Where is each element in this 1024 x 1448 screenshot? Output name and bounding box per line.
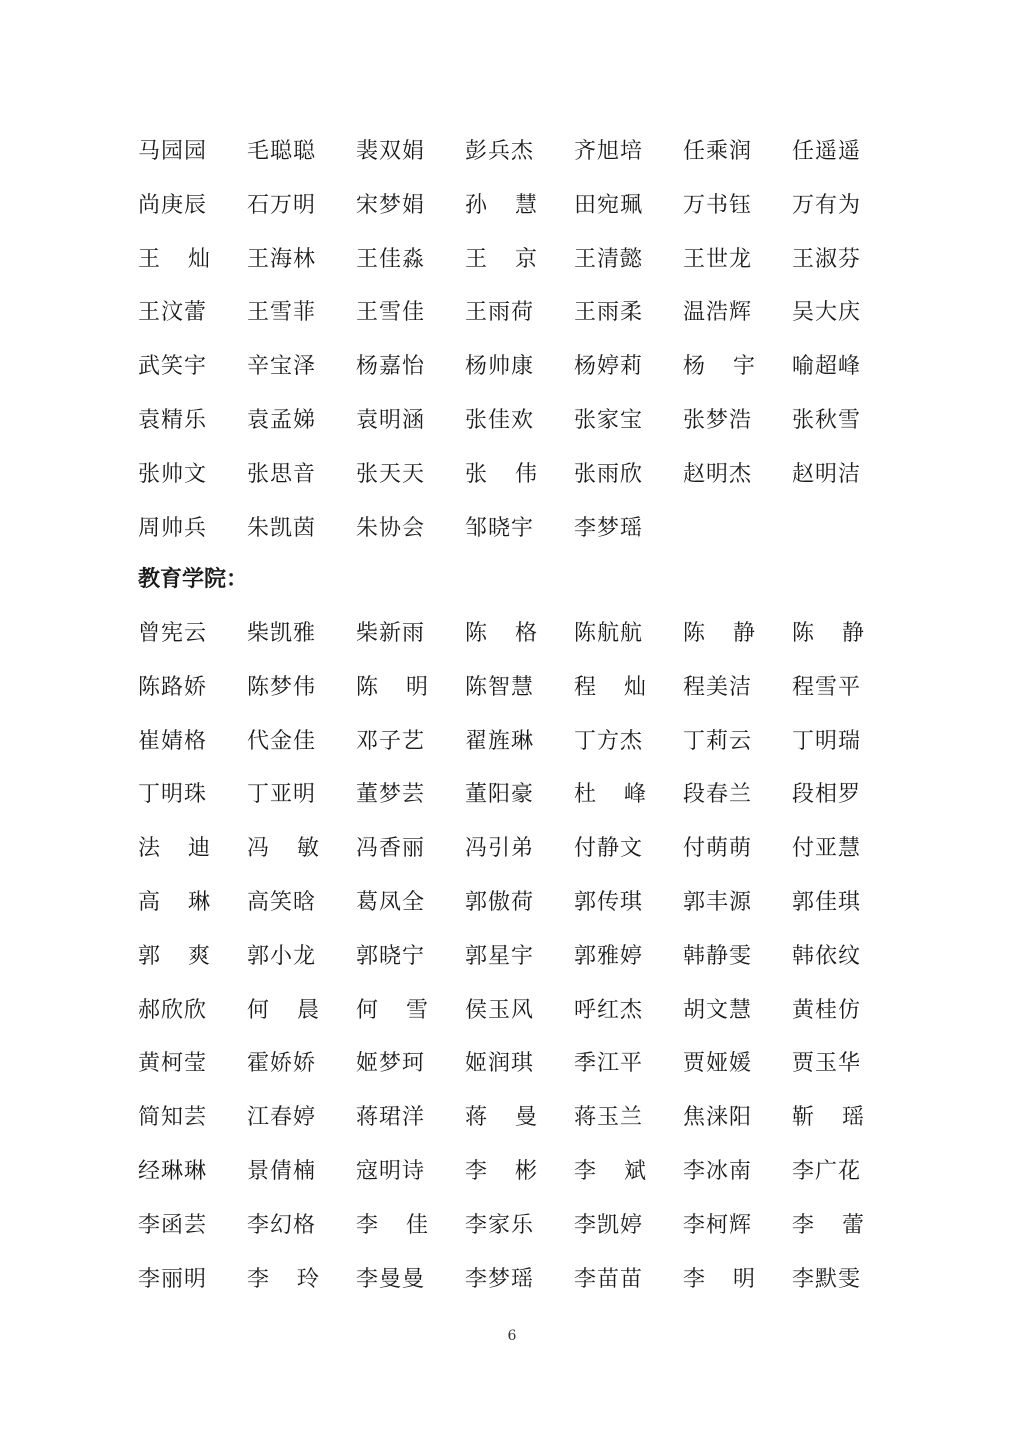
person-name: 黄柯莹 — [138, 1049, 210, 1079]
person-name: 程美洁 — [683, 673, 755, 703]
person-name: 张天天 — [356, 460, 428, 490]
person-name: 王京 — [465, 245, 537, 275]
person-name: 蒋玉兰 — [574, 1103, 646, 1133]
person-name: 万有为 — [792, 191, 864, 221]
person-name: 孙慧 — [465, 191, 537, 221]
person-name: 王汶蕾 — [138, 298, 210, 328]
person-name: 杨嘉怡 — [356, 352, 428, 382]
person-name: 付静文 — [574, 834, 646, 864]
person-name: 万书钰 — [683, 191, 755, 221]
person-name: 毛聪聪 — [247, 137, 319, 167]
person-name: 宋梦娟 — [356, 191, 428, 221]
name-row: 王灿王海林王佳淼王京王清懿王世龙王淑芬 — [138, 245, 898, 299]
person-name: 郭丰源 — [683, 888, 755, 918]
person-name: 郭雅婷 — [574, 942, 646, 972]
person-name: 段相罗 — [792, 780, 864, 810]
person-name: 王海林 — [247, 245, 319, 275]
person-name: 冯敏 — [247, 834, 319, 864]
person-name: 李彬 — [465, 1157, 537, 1187]
name-row: 简知芸江春婷蒋珺洋蒋曼蒋玉兰焦涞阳靳瑶 — [138, 1103, 898, 1157]
name-row: 法迪冯敏冯香丽冯引弟付静文付萌萌付亚慧 — [138, 834, 898, 888]
person-name: 葛凤全 — [356, 888, 428, 918]
person-name: 代金佳 — [247, 727, 319, 757]
person-name: 韩静雯 — [683, 942, 755, 972]
person-name: 法迪 — [138, 834, 210, 864]
person-name: 陈梦伟 — [247, 673, 319, 703]
name-row: 李丽明李玲李曼曼李梦瑶李苗苗李明李默雯 — [138, 1265, 898, 1319]
person-name: 丁方杰 — [574, 727, 646, 757]
name-list-section-2: 曾宪云柴凯雅柴新雨陈格陈航航陈静陈静陈路娇陈梦伟陈明陈智慧程灿程美洁程雪平崔婧格… — [138, 619, 898, 1318]
person-name: 李曼曼 — [356, 1265, 428, 1295]
person-name: 郭传琪 — [574, 888, 646, 918]
person-name: 胡文慧 — [683, 996, 755, 1026]
person-name: 韩依纹 — [792, 942, 864, 972]
name-row: 曾宪云柴凯雅柴新雨陈格陈航航陈静陈静 — [138, 619, 898, 673]
person-name: 张雨欣 — [574, 460, 646, 490]
person-name: 柴凯雅 — [247, 619, 319, 649]
person-name: 李家乐 — [465, 1211, 537, 1241]
person-name: 王清懿 — [574, 245, 646, 275]
person-name: 朱凯茵 — [247, 514, 319, 544]
person-name: 喻超峰 — [792, 352, 864, 382]
person-name: 高琳 — [138, 888, 210, 918]
name-row: 经琳琳景倩楠寇明诗李彬李斌李冰南李广花 — [138, 1157, 898, 1211]
person-name: 李丽明 — [138, 1265, 210, 1295]
person-name: 焦涞阳 — [683, 1103, 755, 1133]
name-row: 王汶蕾王雪菲王雪佳王雨荷王雨柔温浩辉吴大庆 — [138, 298, 898, 352]
person-name: 郭星宇 — [465, 942, 537, 972]
person-name: 李冰南 — [683, 1157, 755, 1187]
person-name: 李蕾 — [792, 1211, 864, 1241]
person-name: 邓子艺 — [356, 727, 428, 757]
person-name: 周帅兵 — [138, 514, 210, 544]
name-row: 周帅兵朱凯茵朱协会邹晓宇李梦瑶 — [138, 514, 898, 568]
person-name: 经琳琳 — [138, 1157, 210, 1187]
person-name: 陈智慧 — [465, 673, 537, 703]
person-name: 李默雯 — [792, 1265, 864, 1295]
person-name: 丁明瑞 — [792, 727, 864, 757]
person-name: 简知芸 — [138, 1103, 210, 1133]
person-name: 程灿 — [574, 673, 646, 703]
person-name: 王淑芬 — [792, 245, 864, 275]
person-name: 贾玉华 — [792, 1049, 864, 1079]
person-name: 王灿 — [138, 245, 210, 275]
person-name: 翟旌琳 — [465, 727, 537, 757]
name-row: 张帅文张思音张天天张伟张雨欣赵明杰赵明洁 — [138, 460, 898, 514]
person-name: 李柯辉 — [683, 1211, 755, 1241]
person-name: 温浩辉 — [683, 298, 755, 328]
person-name: 邹晓宇 — [465, 514, 537, 544]
section-heading-education-college: 教育学院： — [138, 565, 248, 595]
person-name: 霍娇娇 — [247, 1049, 319, 1079]
person-name: 王佳淼 — [356, 245, 428, 275]
person-name: 寇明诗 — [356, 1157, 428, 1187]
person-name: 张梦浩 — [683, 406, 755, 436]
person-name: 杜峰 — [574, 780, 646, 810]
name-row: 武笑宇辛宝泽杨嘉怡杨帅康杨婷莉杨宇喻超峰 — [138, 352, 898, 406]
name-list-section-1: 马园园毛聪聪裴双娟彭兵杰齐旭培任乘润任遥遥尚庚辰石万明宋梦娟孙慧田宛珮万书钰万有… — [138, 137, 898, 567]
page-number: 6 — [0, 1328, 1024, 1344]
person-name: 李斌 — [574, 1157, 646, 1187]
person-name: 任遥遥 — [792, 137, 864, 167]
person-name: 蒋曼 — [465, 1103, 537, 1133]
person-name: 景倩楠 — [247, 1157, 319, 1187]
name-row: 袁精乐袁孟娣袁明涵张佳欢张家宝张梦浩张秋雪 — [138, 406, 898, 460]
person-name: 袁孟娣 — [247, 406, 319, 436]
name-row: 崔婧格代金佳邓子艺翟旌琳丁方杰丁莉云丁明瑞 — [138, 727, 898, 781]
person-name: 何雪 — [356, 996, 428, 1026]
person-name: 贾娅媛 — [683, 1049, 755, 1079]
person-name: 冯引弟 — [465, 834, 537, 864]
person-name: 吴大庆 — [792, 298, 864, 328]
person-name: 齐旭培 — [574, 137, 646, 167]
person-name: 李明 — [683, 1265, 755, 1295]
person-name: 丁莉云 — [683, 727, 755, 757]
name-row: 高琳高笑晗葛凤全郭傲荷郭传琪郭丰源郭佳琪 — [138, 888, 898, 942]
person-name: 付萌萌 — [683, 834, 755, 864]
name-row: 郭爽郭小龙郭晓宁郭星宇郭雅婷韩静雯韩依纹 — [138, 942, 898, 996]
person-name: 丁明珠 — [138, 780, 210, 810]
person-name: 李广花 — [792, 1157, 864, 1187]
person-name: 张佳欢 — [465, 406, 537, 436]
person-name: 李苗苗 — [574, 1265, 646, 1295]
person-name: 王雪佳 — [356, 298, 428, 328]
person-name: 付亚慧 — [792, 834, 864, 864]
person-name: 崔婧格 — [138, 727, 210, 757]
document-page: 马园园毛聪聪裴双娟彭兵杰齐旭培任乘润任遥遥尚庚辰石万明宋梦娟孙慧田宛珮万书钰万有… — [0, 0, 1024, 1448]
person-name: 高笑晗 — [247, 888, 319, 918]
person-name: 李佳 — [356, 1211, 428, 1241]
person-name: 江春婷 — [247, 1103, 319, 1133]
person-name: 陈明 — [356, 673, 428, 703]
person-name: 程雪平 — [792, 673, 864, 703]
person-name: 王雨柔 — [574, 298, 646, 328]
person-name: 丁亚明 — [247, 780, 319, 810]
person-name: 郭小龙 — [247, 942, 319, 972]
person-name: 尚庚辰 — [138, 191, 210, 221]
person-name: 靳瑶 — [792, 1103, 864, 1133]
name-row: 陈路娇陈梦伟陈明陈智慧程灿程美洁程雪平 — [138, 673, 898, 727]
person-name: 季江平 — [574, 1049, 646, 1079]
person-name: 李函芸 — [138, 1211, 210, 1241]
person-name: 袁精乐 — [138, 406, 210, 436]
person-name: 郝欣欣 — [138, 996, 210, 1026]
person-name: 彭兵杰 — [465, 137, 537, 167]
person-name: 侯玉风 — [465, 996, 537, 1026]
person-name: 张伟 — [465, 460, 537, 490]
person-name: 何晨 — [247, 996, 319, 1026]
person-name: 陈航航 — [574, 619, 646, 649]
person-name: 袁明涵 — [356, 406, 428, 436]
person-name: 李幻格 — [247, 1211, 319, 1241]
person-name: 张帅文 — [138, 460, 210, 490]
person-name: 曾宪云 — [138, 619, 210, 649]
person-name: 姬润琪 — [465, 1049, 537, 1079]
person-name: 杨宇 — [683, 352, 755, 382]
person-name: 郭佳琪 — [792, 888, 864, 918]
person-name: 郭爽 — [138, 942, 210, 972]
person-name: 李玲 — [247, 1265, 319, 1295]
person-name: 董梦芸 — [356, 780, 428, 810]
person-name: 任乘润 — [683, 137, 755, 167]
person-name: 陈格 — [465, 619, 537, 649]
person-name: 杨婷莉 — [574, 352, 646, 382]
person-name: 董阳豪 — [465, 780, 537, 810]
person-name: 冯香丽 — [356, 834, 428, 864]
person-name: 田宛珮 — [574, 191, 646, 221]
person-name: 张家宝 — [574, 406, 646, 436]
person-name: 辛宝泽 — [247, 352, 319, 382]
person-name: 王雪菲 — [247, 298, 319, 328]
person-name: 王世龙 — [683, 245, 755, 275]
person-name: 朱协会 — [356, 514, 428, 544]
person-name: 李梦瑶 — [574, 514, 646, 544]
name-row: 郝欣欣何晨何雪侯玉风呼红杰胡文慧黄桂仿 — [138, 996, 898, 1050]
person-name: 郭晓宁 — [356, 942, 428, 972]
name-row: 丁明珠丁亚明董梦芸董阳豪杜峰段春兰段相罗 — [138, 780, 898, 834]
person-name: 黄桂仿 — [792, 996, 864, 1026]
person-name: 柴新雨 — [356, 619, 428, 649]
person-name: 张秋雪 — [792, 406, 864, 436]
person-name: 蒋珺洋 — [356, 1103, 428, 1133]
person-name: 李凯婷 — [574, 1211, 646, 1241]
person-name: 杨帅康 — [465, 352, 537, 382]
person-name: 姬梦珂 — [356, 1049, 428, 1079]
person-name: 陈静 — [683, 619, 755, 649]
person-name: 陈静 — [792, 619, 864, 649]
person-name: 马园园 — [138, 137, 210, 167]
name-row: 黄柯莹霍娇娇姬梦珂姬润琪季江平贾娅媛贾玉华 — [138, 1049, 898, 1103]
person-name: 武笑宇 — [138, 352, 210, 382]
person-name: 石万明 — [247, 191, 319, 221]
person-name: 呼红杰 — [574, 996, 646, 1026]
person-name: 赵明洁 — [792, 460, 864, 490]
name-row: 李函芸李幻格李佳李家乐李凯婷李柯辉李蕾 — [138, 1211, 898, 1265]
person-name: 李梦瑶 — [465, 1265, 537, 1295]
person-name: 郭傲荷 — [465, 888, 537, 918]
person-name: 王雨荷 — [465, 298, 537, 328]
person-name: 赵明杰 — [683, 460, 755, 490]
name-row: 马园园毛聪聪裴双娟彭兵杰齐旭培任乘润任遥遥 — [138, 137, 898, 191]
person-name: 裴双娟 — [356, 137, 428, 167]
name-row: 尚庚辰石万明宋梦娟孙慧田宛珮万书钰万有为 — [138, 191, 898, 245]
person-name: 段春兰 — [683, 780, 755, 810]
person-name: 陈路娇 — [138, 673, 210, 703]
person-name: 张思音 — [247, 460, 319, 490]
